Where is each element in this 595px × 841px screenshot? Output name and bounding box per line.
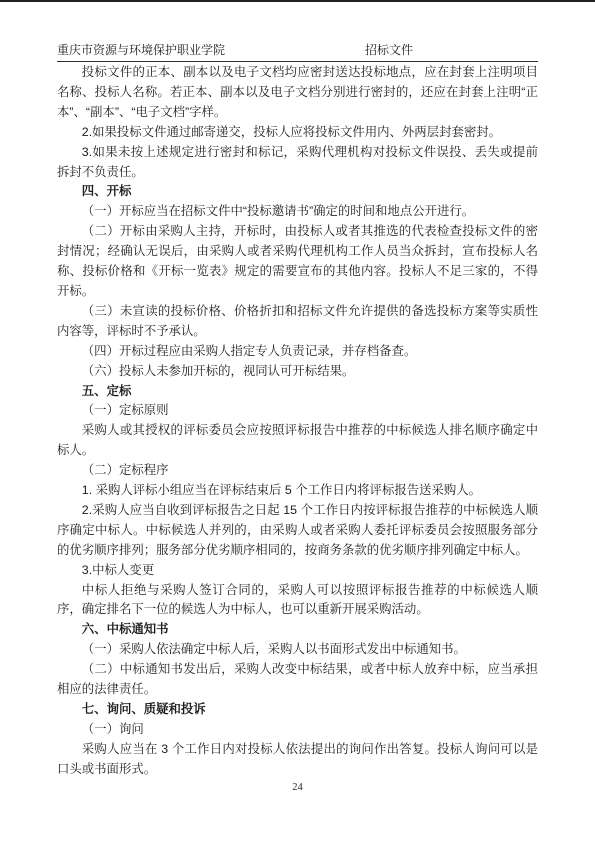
paragraph: 采购人应当在 3 个工作日内对投标人依法提出的询问作出答复。投标人询问可以是口头… (57, 740, 538, 780)
paragraph: （二）中标通知书发出后，采购人改变中标结果，或者中标人放弃中标，应当承担相应的法… (57, 660, 538, 700)
paragraph: 投标文件的正本、副本以及电子文档均应密封送达投标地点，应在封套上注明项目名称、投… (57, 63, 538, 123)
paragraph: 采购人或其授权的评标委员会应按照评标报告中推荐的中标候选人排名顺序确定中标人。 (57, 421, 538, 461)
document-body: 投标文件的正本、副本以及电子文档均应密封送达投标地点，应在封套上注明项目名称、投… (57, 63, 538, 780)
paragraph: 中标人拒绝与采购人签订合同的，采购人可以按照评标报告推荐的中标候选人顺序，确定排… (57, 581, 538, 621)
paragraph: （六）投标人未参加开标的，视同认可开标结果。 (57, 362, 538, 382)
paragraph: （一）采购人依法确定中标人后，采购人以书面形式发出中标通知书。 (57, 640, 538, 660)
window-top-edge (0, 0, 595, 2)
page-number: 24 (0, 782, 595, 793)
section-heading-kaibiao: 四、开标 (57, 182, 538, 202)
paragraph: （四）开标过程应由采购人指定专人负责记录，并存档备查。 (57, 342, 538, 362)
paragraph: 3.如果未按上述规定进行密封和标记，采购代理机构对投标文件误投、丢失或提前拆封不… (57, 143, 538, 183)
paragraph: 3.中标人变更 (57, 561, 538, 581)
paragraph: （三）未宣读的投标价格、价格折扣和招标文件允许提供的备选投标方案等实质性内容等，… (57, 302, 538, 342)
paragraph: （一）开标应当在招标文件中“投标邀请书”确定的时间和地点公开进行。 (57, 202, 538, 222)
section-heading-dingbiao: 五、定标 (57, 382, 538, 402)
section-heading-xunwen-zhiyi-tousu: 七、询问、质疑和投诉 (57, 700, 538, 720)
paragraph: （二）开标由采购人主持，开标时，由投标人或者其推选的代表检查投标文件的密封情况；… (57, 222, 538, 302)
paragraph: 2.采购人应当自收到评标报告之日起 15 个工作日内按评标报告推荐的中标候选人顺… (57, 501, 538, 561)
header-school-name: 重庆市资源与环境保护职业学院 (57, 42, 225, 58)
page-header: 重庆市资源与环境保护职业学院 招标文件 (57, 42, 538, 62)
paragraph: （一）询问 (57, 720, 538, 740)
paragraph: 2.如果投标文件通过邮寄递交，投标人应将投标文件用内、外两层封套密封。 (57, 123, 538, 143)
paragraph: 1. 采购人评标小组应当在评标结束后 5 个工作日内将评标报告送采购人。 (57, 481, 538, 501)
paragraph: （一）定标原则 (57, 401, 538, 421)
paragraph: （二）定标程序 (57, 461, 538, 481)
section-heading-zhongbiao-tongzhishu: 六、中标通知书 (57, 620, 538, 640)
header-doc-type: 招标文件 (365, 42, 413, 58)
